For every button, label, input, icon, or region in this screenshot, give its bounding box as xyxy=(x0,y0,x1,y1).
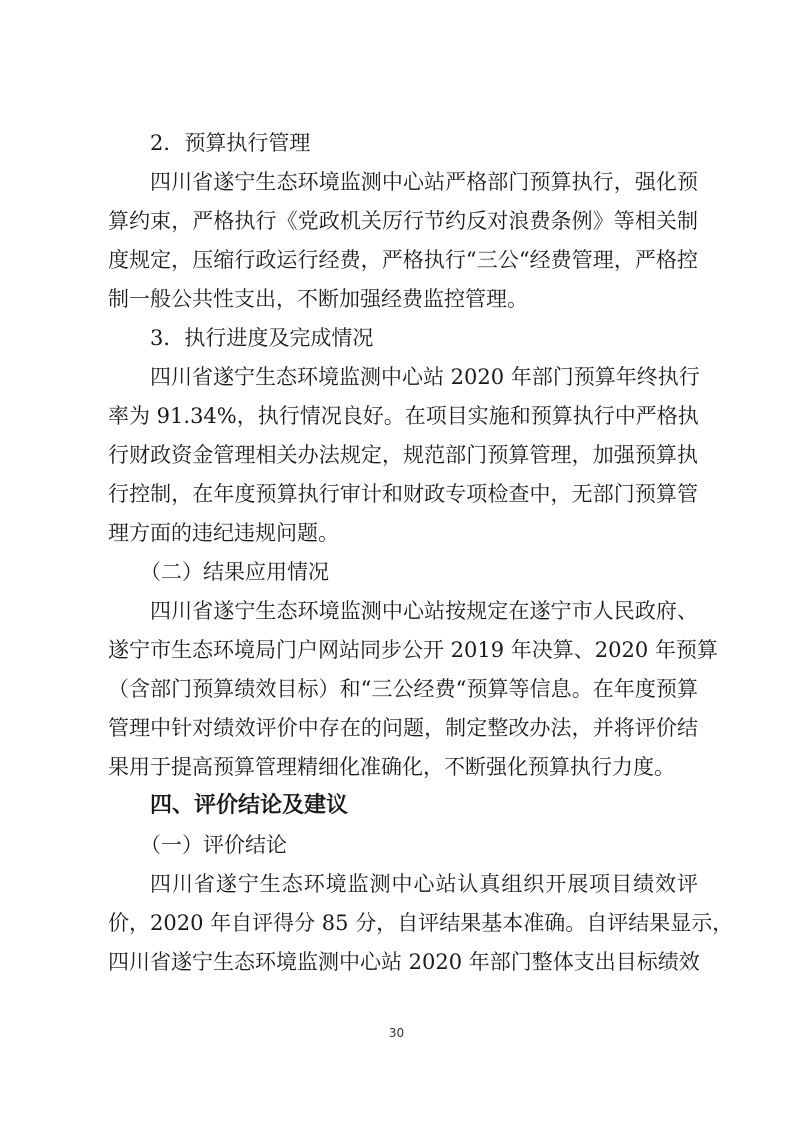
paragraph-line: 行控制，在年度预算执行审计和财政专项检查中，无部门预算管 xyxy=(108,479,698,509)
subsection-heading-progress: 3．执行进度及完成情况 xyxy=(150,323,698,353)
paragraph-line: 四川省遂宁生态环境监测中心站 2020 年部门预算年终执行 xyxy=(150,362,698,392)
chapter-heading-conclusion: 四、评价结论及建议 xyxy=(150,791,698,821)
paragraph-line: 率为 91.34%，执行情况良好。在项目实施和预算执行中严格执 xyxy=(108,401,698,431)
paragraph-line: 管理中针对绩效评价中存在的问题，制定整改办法，并将评价结 xyxy=(108,713,698,743)
document-page: 2．预算执行管理 四川省遂宁生态环境监测中心站严格部门预算执行，强化预 算约束，… xyxy=(0,0,793,1122)
paragraph-line: 四川省遂宁生态环境监测中心站严格部门预算执行，强化预 xyxy=(150,167,698,197)
paragraph-line: 四川省遂宁生态环境监测中心站 2020 年部门整体支出目标绩效 xyxy=(108,947,698,977)
section-heading-result-application: （二）结果应用情况 xyxy=(140,557,698,587)
paragraph-line: 算约束，严格执行《党政机关厉行节约反对浪费条例》等相关制 xyxy=(108,206,698,236)
page-number: 30 xyxy=(0,1026,793,1040)
paragraph-line: 制一般公共性支出，不断加强经费监控管理。 xyxy=(108,284,698,314)
paragraph-line: 价，2020 年自评得分 85 分，自评结果基本准确。自评结果显示， xyxy=(108,908,698,938)
paragraph-line: 果用于提高预算管理精细化准确化，不断强化预算执行力度。 xyxy=(108,752,698,782)
paragraph-line: 四川省遂宁生态环境监测中心站认真组织开展项目绩效评 xyxy=(150,869,698,899)
paragraph-line: 四川省遂宁生态环境监测中心站按规定在遂宁市人民政府、 xyxy=(150,596,698,626)
paragraph-line: （含部门预算绩效目标）和“三公经费“预算等信息。在年度预算 xyxy=(108,674,698,704)
paragraph-line: 理方面的违纪违规问题。 xyxy=(108,518,698,548)
section-heading-evaluation-conclusion: （一）评价结论 xyxy=(140,830,698,860)
paragraph-line: 度规定，压缩行政运行经费，严格执行“三公“经费管理，严格控 xyxy=(108,245,698,275)
paragraph-line: 行财政资金管理相关办法规定，规范部门预算管理，加强预算执 xyxy=(108,440,698,470)
subsection-heading-budget-execution: 2．预算执行管理 xyxy=(150,128,698,158)
paragraph-line: 遂宁市生态环境局门户网站同步公开 2019 年决算、2020 年预算 xyxy=(108,635,698,665)
